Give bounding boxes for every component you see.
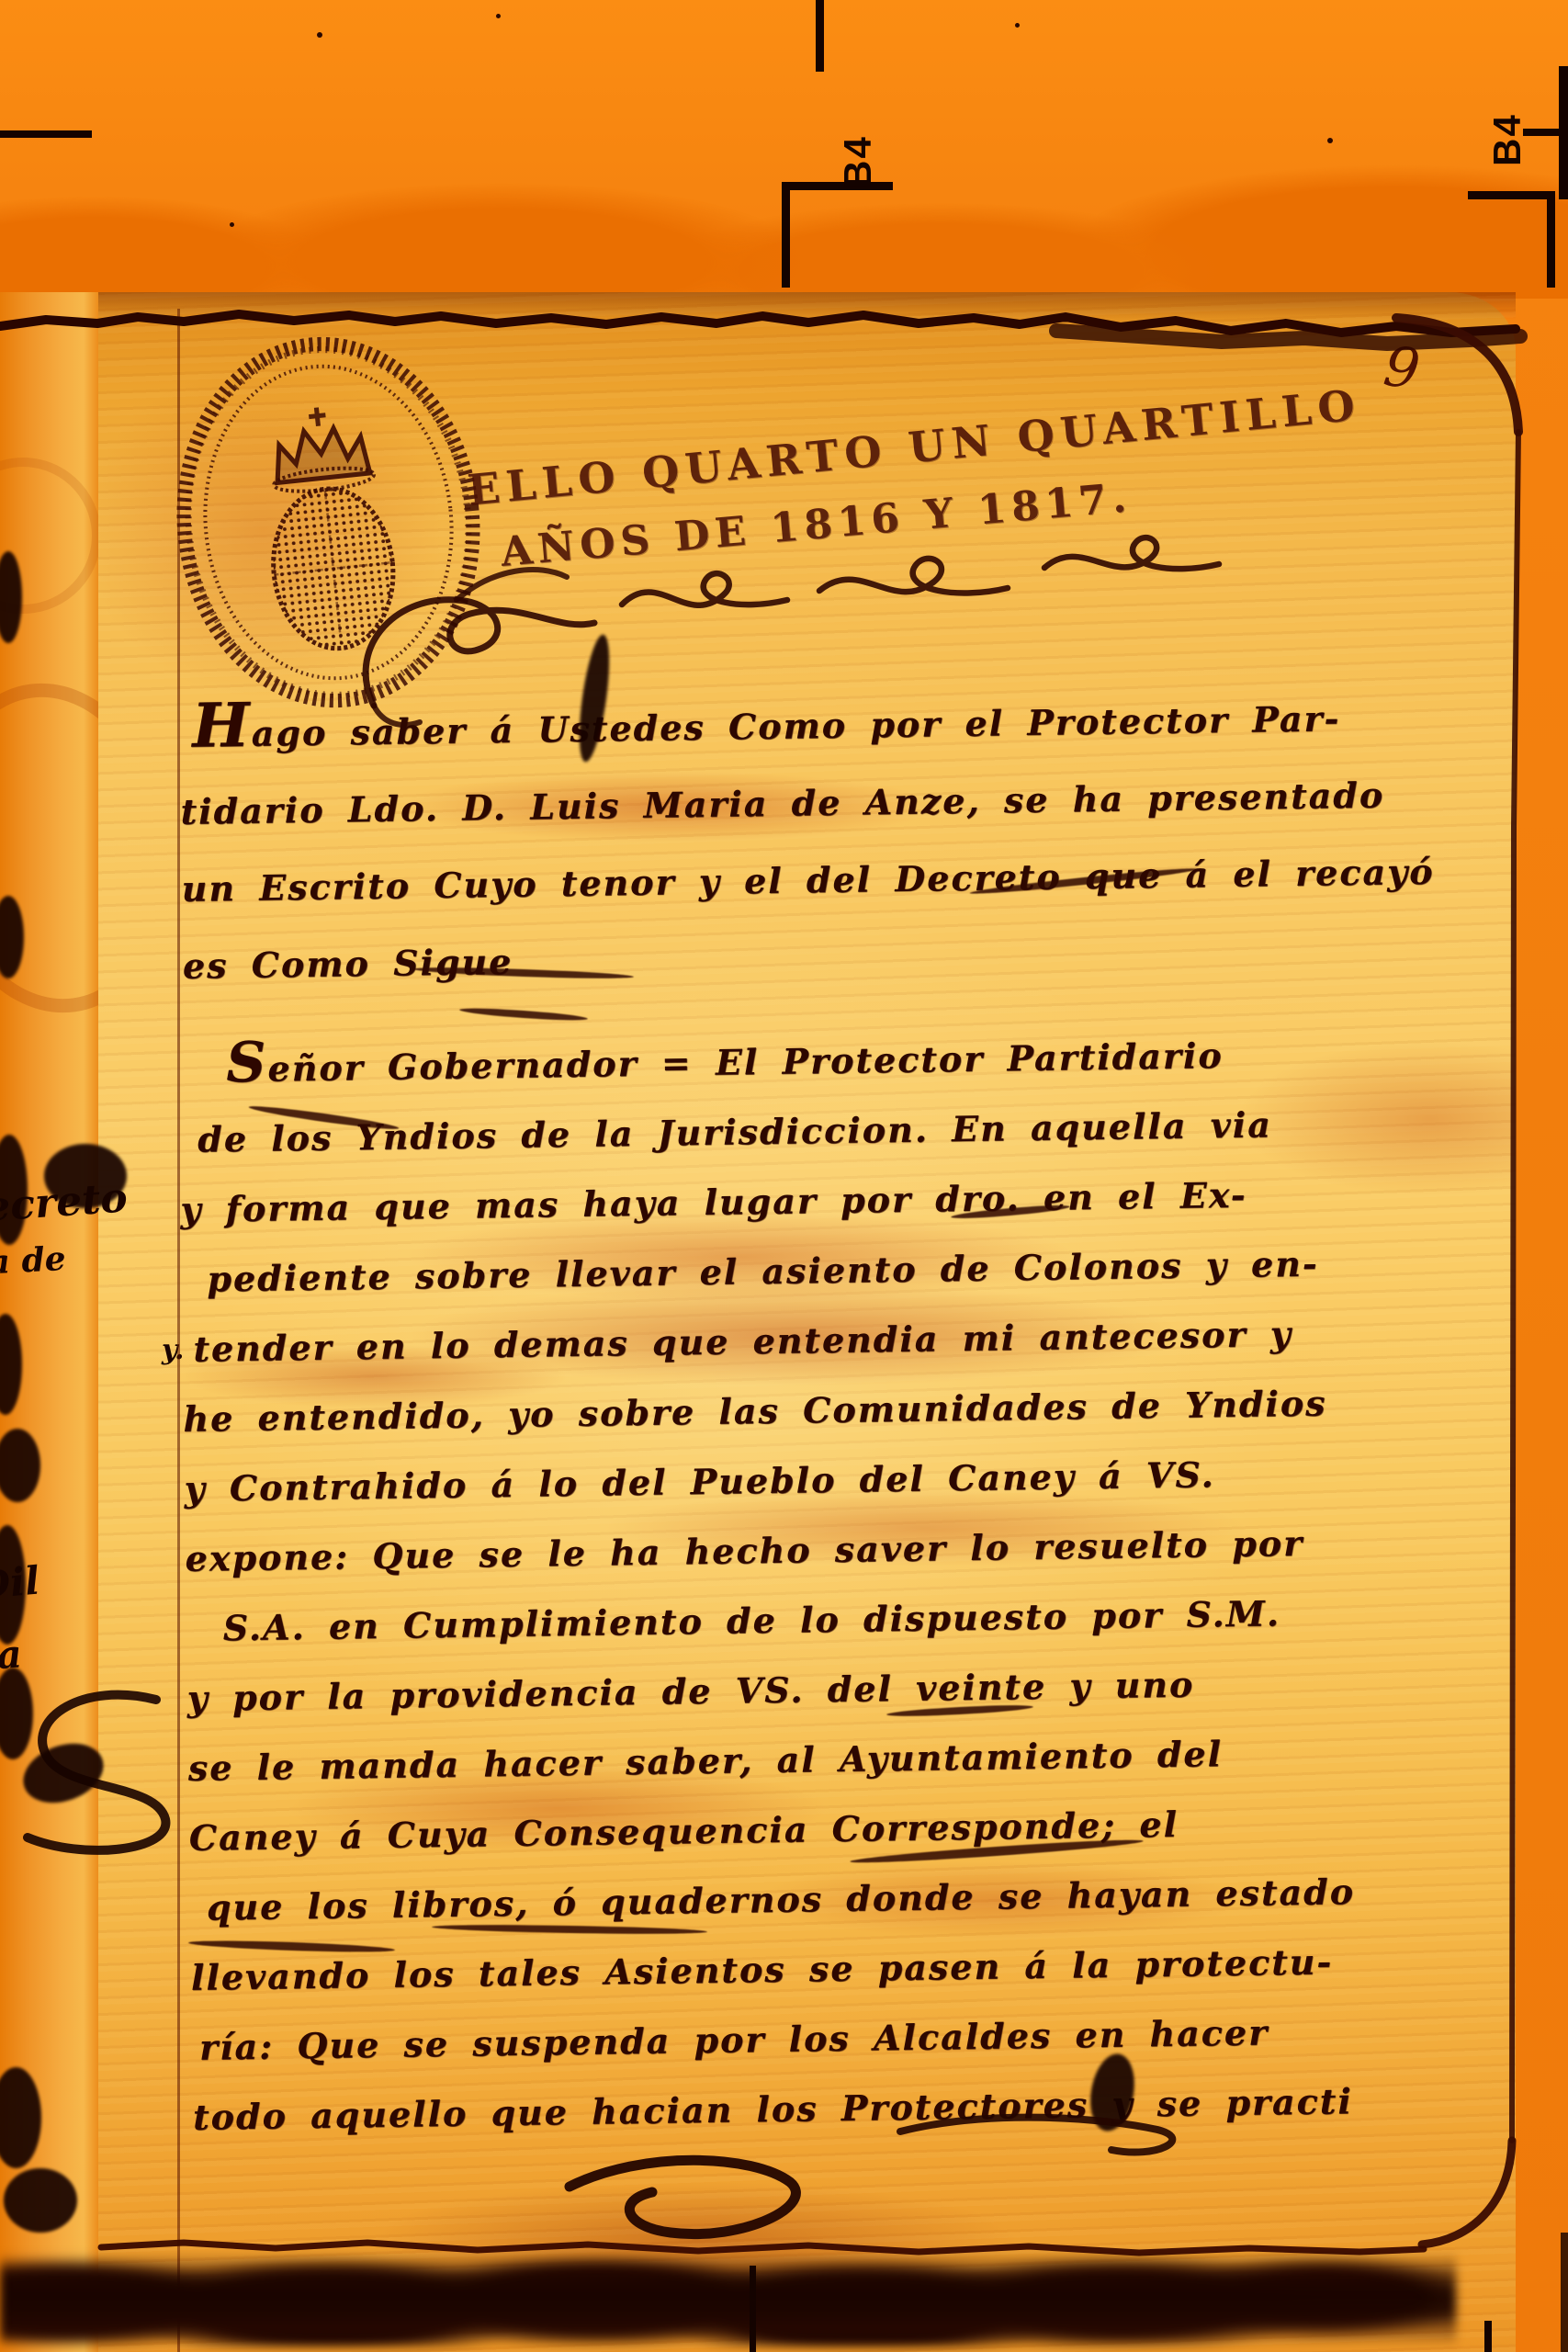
margin-fragment: ría de: [0, 1239, 67, 1283]
archival-photo: B4 B4: [0, 0, 1568, 2352]
registration-corner-right: [1468, 191, 1555, 288]
dust-speck: [317, 32, 322, 38]
crop-mark-bottom-edge: [1561, 2233, 1568, 2352]
margin-mark: y.: [162, 1334, 184, 1366]
dust-speck: [1327, 138, 1333, 143]
binding-fold-line: [177, 309, 180, 2352]
paragraph-petition: Señor Gobernador = El Protector Partidar…: [178, 1011, 1498, 2153]
manuscript-page: ELLO QUARTO UN QUARTILLO AÑOS DE 1816 Y …: [98, 292, 1516, 2352]
crop-mark-top-tick: [816, 0, 824, 72]
ink-blot: [44, 1144, 127, 1208]
b4-label-left: B4: [836, 135, 880, 188]
crop-mark-top-left-line: [0, 130, 92, 138]
paragraph-intro: Hago saber á Ustedes Como por el Protect…: [179, 669, 1488, 1005]
crop-mark-bottom-center: [750, 2266, 756, 2352]
b4-label-right: B4: [1485, 113, 1529, 166]
dust-speck: [230, 222, 234, 227]
crop-mark-right-hline: [1523, 129, 1568, 136]
page-bottom-shadow: [0, 2253, 1456, 2346]
registration-corner-left: [782, 182, 893, 288]
dust-speck: [496, 14, 501, 18]
dust-speck: [1015, 23, 1020, 28]
ink-blot: [4, 2168, 77, 2233]
crop-mark-bottom-right: [1484, 2321, 1492, 2352]
